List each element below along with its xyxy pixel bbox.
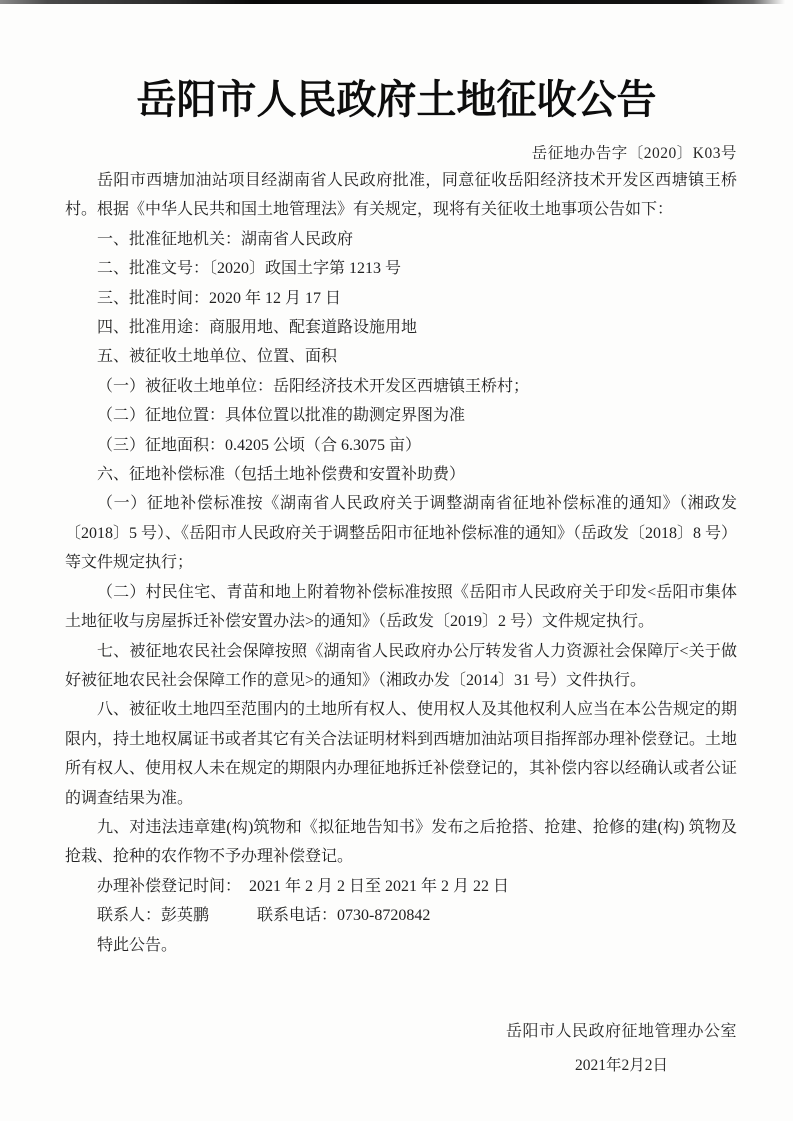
notice-title: 岳阳市人民政府土地征收公告	[0, 76, 793, 124]
notice-body: 岳阳市西塘加油站项目经湖南省人民政府批准，同意征收岳阳经济技术开发区西塘镇王桥村…	[65, 166, 737, 960]
scan-artifact-line	[0, 0, 793, 4]
document-page: 岳阳市人民政府土地征收公告 岳征地办告字〔2020〕K03号 岳阳市西塘加油站项…	[0, 0, 793, 1121]
item-social-security: 七、被征地农民社会保障按照《湖南省人民政府办公厅转发省人力资源社会保障厅<关于做…	[65, 637, 737, 696]
item-approved-use: 四、批准用途：商服用地、配套道路设施用地	[65, 313, 737, 342]
sub-item-land-location: （二）征地位置：具体位置以批准的勘测定界图为准	[65, 401, 737, 430]
doc-number: 岳征地办告字〔2020〕K03号	[532, 141, 737, 163]
item-illegal-structures: 九、对违法违章建(构)筑物和《拟征地告知书》发布之后抢搭、抢建、抢修的建(构) …	[65, 813, 737, 872]
sub-item-land-area: （三）征地面积：0.4205 公顷（合 6.3075 亩）	[65, 431, 737, 460]
item-approval-authority: 一、批准征地机关：湖南省人民政府	[65, 225, 737, 254]
item-land-unit-location-area: 五、被征收土地单位、位置、面积	[65, 342, 737, 371]
item-approval-date: 三、批准时间：2020 年 12 月 17 日	[65, 284, 737, 313]
intro-paragraph: 岳阳市西塘加油站项目经湖南省人民政府批准，同意征收岳阳经济技术开发区西塘镇王桥村…	[65, 166, 737, 225]
signature-block: 岳阳市人民政府征地管理办公室 2021年2月2日	[506, 1021, 737, 1077]
item-approval-number: 二、批准文号：〔2020〕政国土字第 1213 号	[65, 254, 737, 283]
sub-item-compensation-standard-2: （二）村民住宅、青苗和地上附着物补偿标准按照《岳阳市人民政府关于印发<岳阳市集体…	[65, 578, 737, 637]
signature-office: 岳阳市人民政府征地管理办公室	[506, 1021, 737, 1043]
line-registration-time: 办理补偿登记时间： 2021 年 2 月 2 日至 2021 年 2 月 22 …	[65, 872, 737, 901]
line-closing: 特此公告。	[65, 931, 737, 960]
sub-item-compensation-standard-1: （一）征地补偿标准按《湖南省人民政府关于调整湖南省征地补偿标准的通知》（湘政发〔…	[65, 489, 737, 577]
item-compensation-standard: 六、征地补偿标准（包括土地补偿费和安置补助费）	[65, 460, 737, 489]
signature-date: 2021年2月2日	[506, 1055, 737, 1077]
item-compensation-registration: 八、被征收土地四至范围内的土地所有权人、使用权人及其他权利人应当在本公告规定的期…	[65, 695, 737, 813]
sub-item-land-unit: （一）被征收土地单位：岳阳经济技术开发区西塘镇王桥村；	[65, 372, 737, 401]
line-contact-info: 联系人：彭英鹏 联系电话：0730-8720842	[65, 901, 737, 930]
